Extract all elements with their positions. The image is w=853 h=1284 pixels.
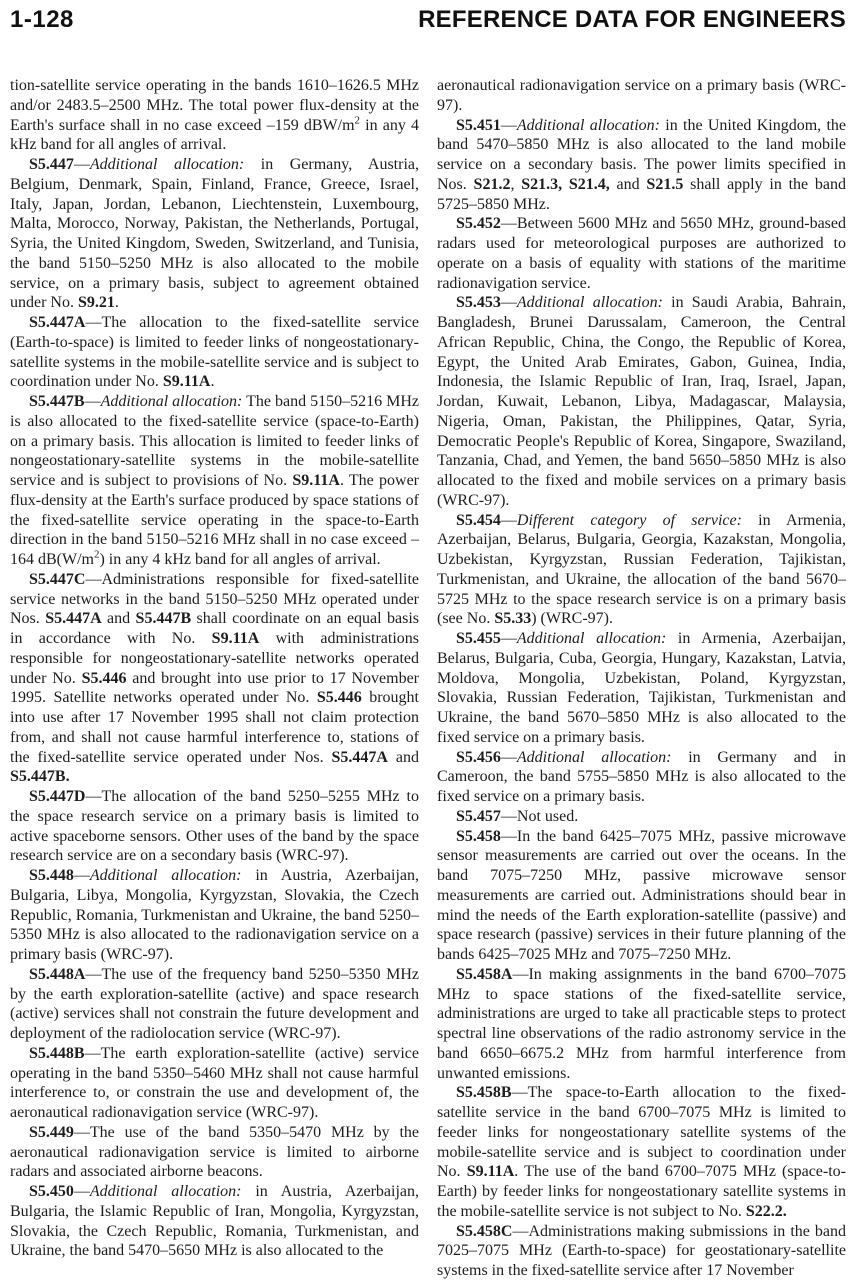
paragraph: S5.451—Additional allocation: in the Uni… — [437, 116, 846, 215]
page-title: REFERENCE DATA FOR ENGINEERS — [418, 6, 846, 34]
paragraph: S5.447B—Additional allocation: The band … — [10, 392, 419, 570]
paragraph: tion-satellite service operating in the … — [10, 76, 419, 155]
paragraph: S5.448B—The earth exploration-satellite … — [10, 1044, 419, 1123]
paragraph: S5.458B—The space-to-Earth allocation to… — [437, 1083, 846, 1221]
paragraph: S5.458C—Administrations making submissio… — [437, 1222, 846, 1281]
paragraph: S5.447C—Administrations responsible for … — [10, 570, 419, 787]
paragraph: S5.458A—In making assignments in the ban… — [437, 965, 846, 1084]
paragraph: aeronautical radionavigation service on … — [437, 76, 846, 116]
paragraph: S5.458—In the band 6425–7075 MHz, passiv… — [437, 827, 846, 965]
paragraph: S5.454—Different category of service: in… — [437, 511, 846, 630]
paragraph: S5.447—Additional allocation: in Germany… — [10, 155, 419, 313]
paragraph: S5.450—Additional allocation: in Austria… — [10, 1182, 419, 1261]
paragraph: S5.456—Additional allocation: in Germany… — [437, 748, 846, 807]
right-column: aeronautical radionavigation service on … — [437, 76, 846, 1281]
paragraph: S5.452—Between 5600 MHz and 5650 MHz, gr… — [437, 214, 846, 293]
page-header: 1-128 REFERENCE DATA FOR ENGINEERS — [10, 6, 846, 34]
paragraph: S5.457—Not used. — [437, 807, 846, 827]
page-number: 1-128 — [10, 6, 74, 34]
left-column: tion-satellite service operating in the … — [10, 76, 419, 1281]
document-page: 1-128 REFERENCE DATA FOR ENGINEERS tion-… — [0, 0, 853, 1284]
paragraph: S5.455—Additional allocation: in Armenia… — [437, 629, 846, 748]
paragraph: S5.449—The use of the band 5350–5470 MHz… — [10, 1123, 419, 1182]
paragraph: S5.448A—The use of the frequency band 52… — [10, 965, 419, 1044]
two-column-body: tion-satellite service operating in the … — [10, 76, 846, 1281]
paragraph: S5.447A—The allocation to the fixed-sate… — [10, 313, 419, 392]
paragraph: S5.448—Additional allocation: in Austria… — [10, 866, 419, 965]
paragraph: S5.447D—The allocation of the band 5250–… — [10, 787, 419, 866]
paragraph: S5.453—Additional allocation: in Saudi A… — [437, 293, 846, 510]
